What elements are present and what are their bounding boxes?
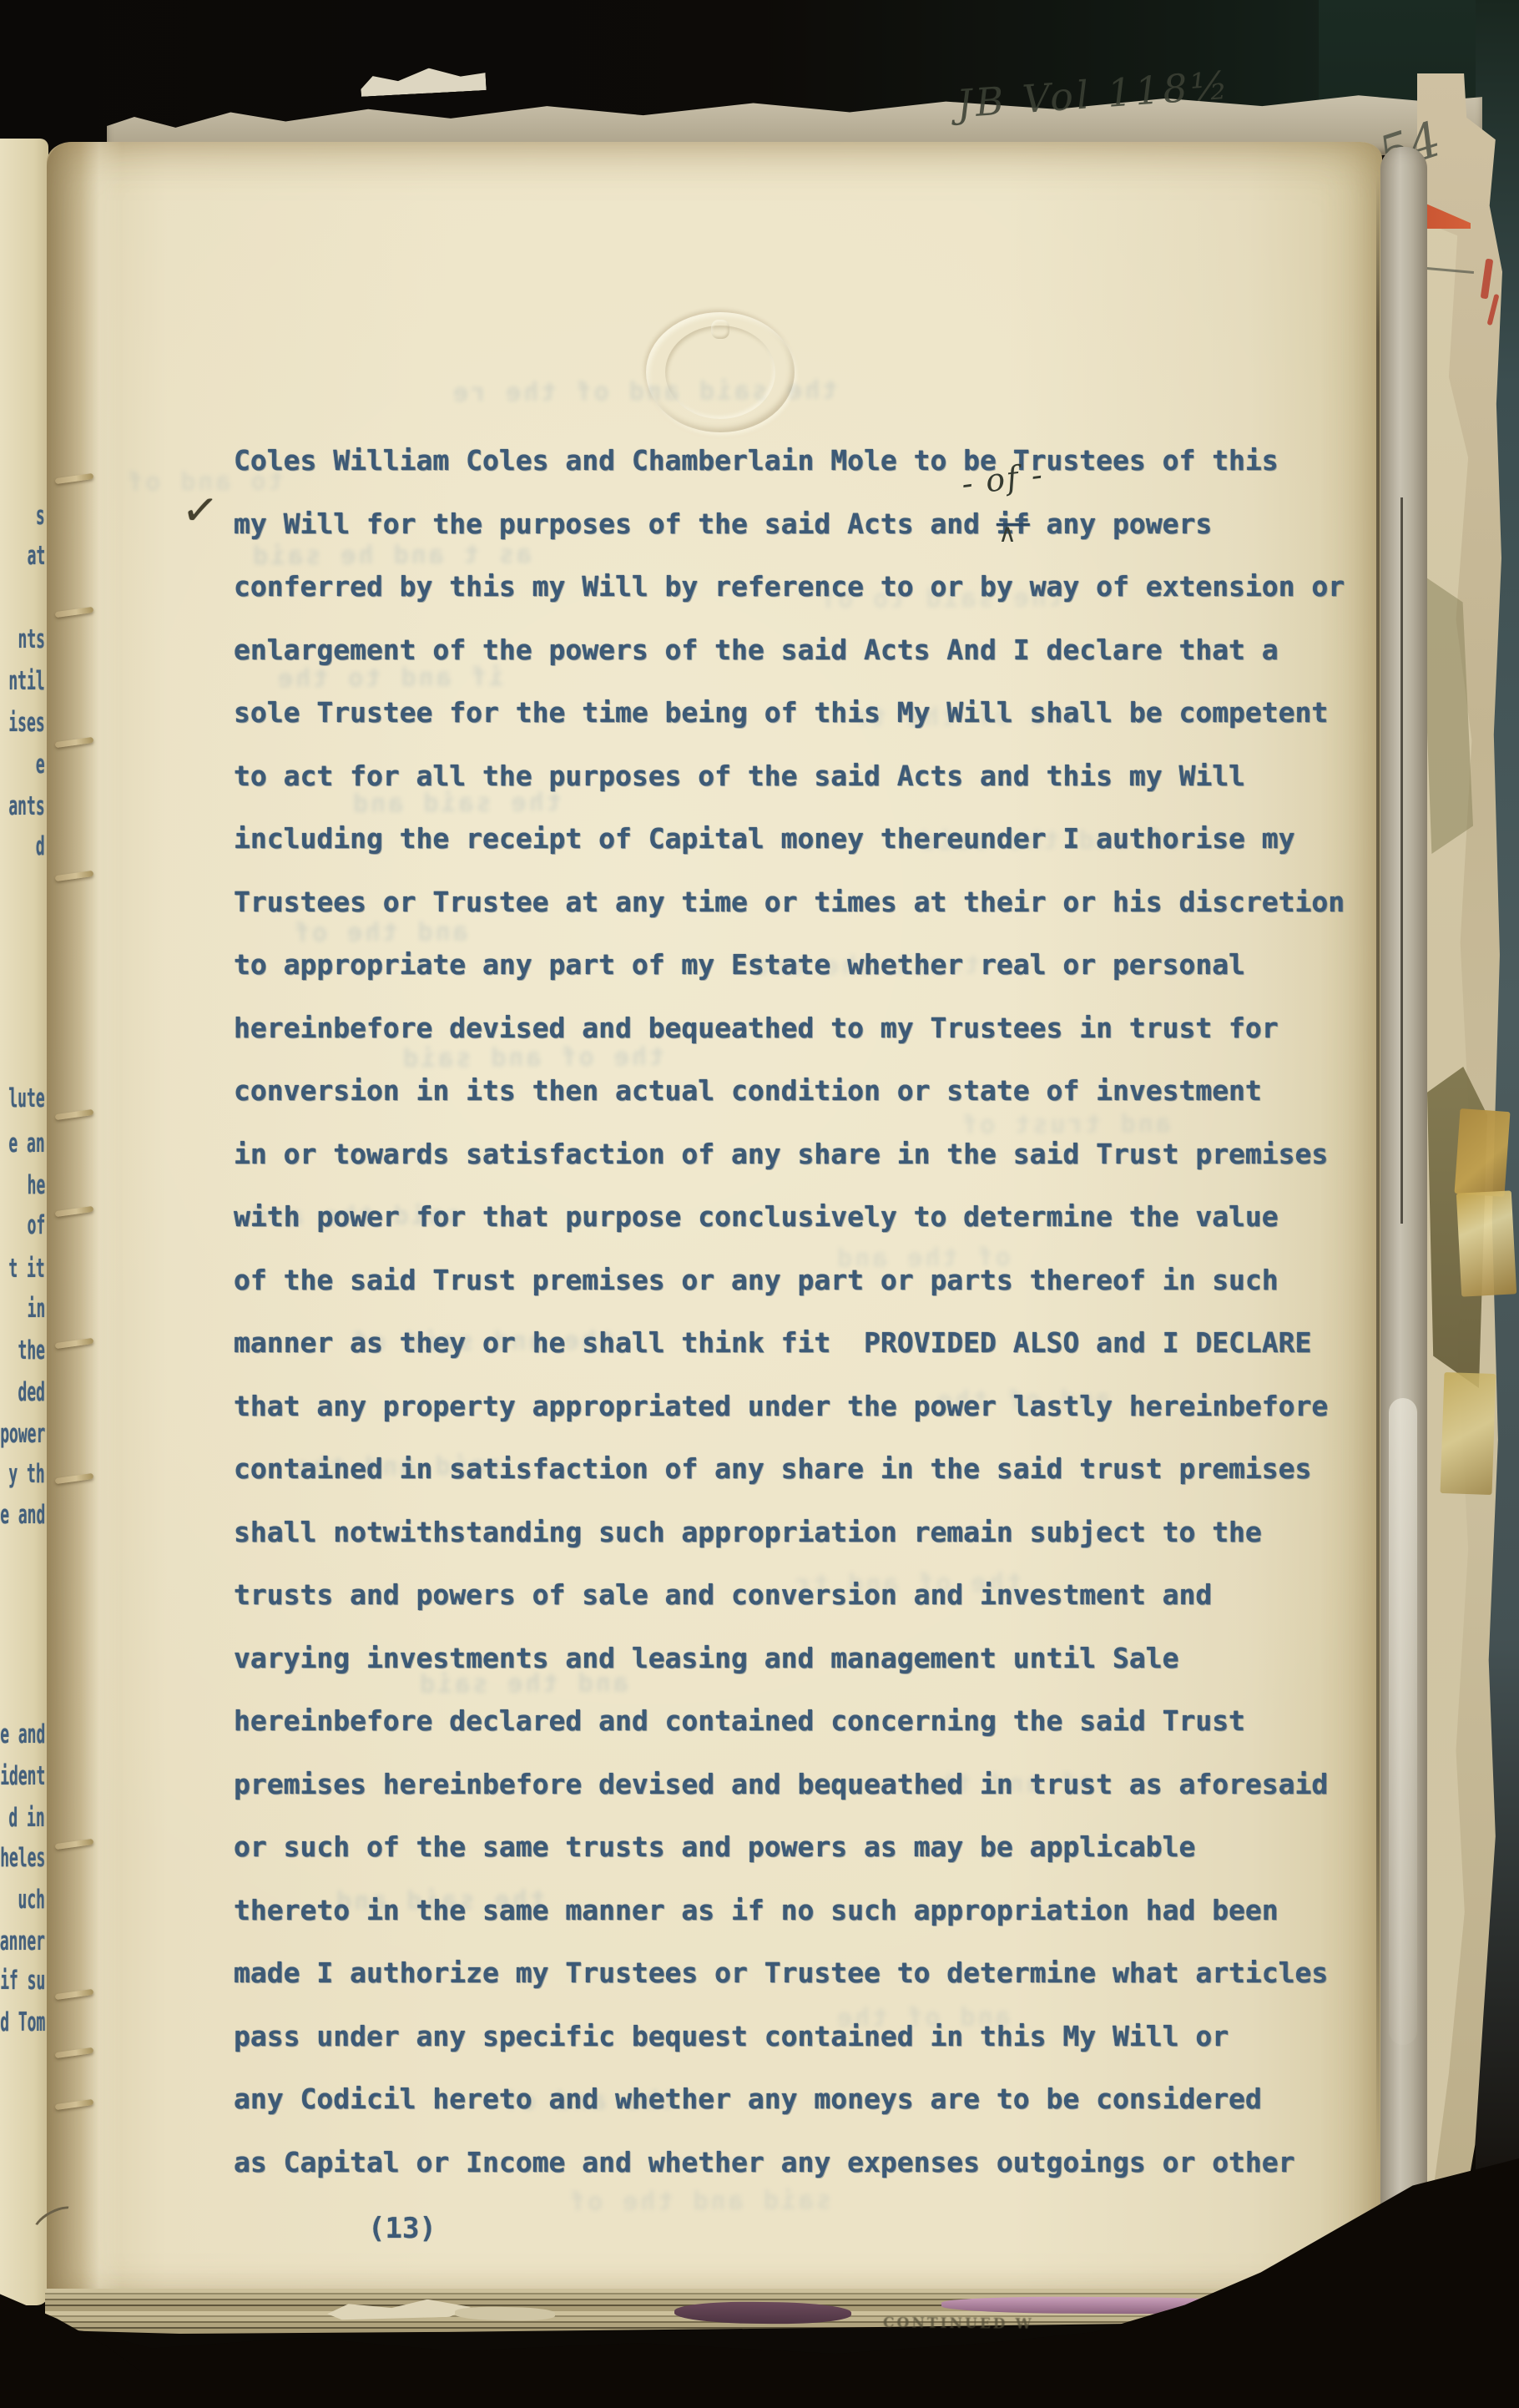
facing-page-fragment: if su bbox=[0, 1966, 45, 1996]
facing-page-fragment: at bbox=[27, 541, 45, 571]
facing-page-fragment: e and bbox=[0, 1500, 45, 1530]
facing-page-fragment: power bbox=[0, 1419, 45, 1449]
gutter-fold-shadow bbox=[47, 142, 122, 2312]
typed-line: premises hereinbefore devised and bequea… bbox=[234, 1768, 1328, 1800]
bleedthrough-smudge: as t and he said bbox=[250, 540, 532, 571]
typed-line: as Capital or Income and whether any exp… bbox=[234, 2146, 1295, 2178]
typed-line: including the receipt of Capital money t… bbox=[234, 822, 1295, 855]
typed-line: to act for all the purposes of the said … bbox=[234, 760, 1245, 792]
binding-strip bbox=[1380, 147, 1427, 2304]
typed-line: thereto in the same manner as if no such… bbox=[234, 1894, 1279, 1926]
facing-page-fragment: d in bbox=[9, 1803, 45, 1833]
facing-page-fragment: e bbox=[36, 750, 45, 780]
typed-line: that any property appropriated under the… bbox=[234, 1390, 1328, 1422]
binding-strip-crease bbox=[1400, 497, 1403, 1224]
typed-line: hereinbefore devised and bequeathed to m… bbox=[234, 1012, 1279, 1044]
typed-line: Coles William Coles and Chamberlain Mole… bbox=[234, 444, 1279, 477]
typed-line: or such of the same trusts and powers as… bbox=[234, 1830, 1195, 1863]
facing-page-fragment: e an bbox=[9, 1128, 45, 1159]
facing-page-fragment: ded bbox=[18, 1377, 45, 1407]
facing-page-fragment: ntil bbox=[9, 666, 45, 696]
typed-line: made I authorize my Trustees or Trustee … bbox=[234, 1956, 1328, 1989]
insertion-caret: ∧ bbox=[998, 519, 1017, 548]
margin-checkmark: ✓ bbox=[179, 484, 221, 538]
facing-page-fragment: in bbox=[27, 1294, 45, 1324]
tape-fragment bbox=[1456, 1190, 1516, 1296]
facing-page-fragment: nts bbox=[18, 624, 45, 654]
bleedthrough-smudge: said and the of bbox=[568, 2186, 831, 2217]
typed-line: sole Trustee for the time being of this … bbox=[234, 696, 1328, 729]
bleedthrough-smudge: and trust of bbox=[960, 1109, 1171, 1140]
facing-page-fragment: heles bbox=[0, 1843, 45, 1873]
bleedthrough-smudge: and the of bbox=[292, 917, 468, 947]
typed-line: shall notwithstanding such appropriation… bbox=[234, 1516, 1262, 1548]
typed-line: varying investments and leasing and mana… bbox=[234, 1642, 1178, 1674]
scanned-will-page: 54 5 JB Vol 118½ satntsntiliseseantsdlut… bbox=[0, 0, 1519, 2408]
facing-page-fragment: lute bbox=[9, 1083, 45, 1113]
facing-page-fragment: of bbox=[27, 1210, 45, 1240]
facing-page-fragment: e and bbox=[0, 1719, 45, 1749]
typed-line: any Codicil hereto and whether any money… bbox=[234, 2082, 1262, 2115]
typed-line: to appropriate any part of my Estate whe… bbox=[234, 948, 1245, 981]
facing-page-fragment: d bbox=[36, 831, 45, 861]
tape-fragment bbox=[1440, 1372, 1496, 1495]
page-edge-crease bbox=[1376, 175, 1380, 2162]
continued-stamp: CONTINUED W bbox=[883, 2315, 1034, 2333]
facing-page-fragment: ises bbox=[9, 708, 45, 738]
typed-line: my Will for the purposes of the said Act… bbox=[234, 507, 1212, 540]
facing-page-fragment: d Tom bbox=[0, 2007, 45, 2037]
bleedthrough-smudge: the of and said bbox=[401, 1042, 664, 1073]
tape-fragment bbox=[1455, 1108, 1511, 1197]
facing-page-fragment: the bbox=[18, 1335, 45, 1366]
facing-page-fragment: he bbox=[27, 1170, 45, 1200]
typed-line: manner as they or he shall think fit PRO… bbox=[234, 1326, 1311, 1359]
typed-line: pass under any specific bequest containe… bbox=[234, 2020, 1229, 2052]
typed-line: Trustees or Trustee at any time or times… bbox=[234, 886, 1345, 918]
typed-line: conferred by this my Will by reference t… bbox=[234, 570, 1345, 603]
facing-page-fragment: ants bbox=[9, 791, 45, 821]
typed-line: with power for that purpose conclusively… bbox=[234, 1200, 1279, 1233]
typed-line: conversion in its then actual condition … bbox=[234, 1074, 1262, 1107]
embossed-seal-crown bbox=[711, 320, 729, 339]
typed-line: contained in satisfaction of any share i… bbox=[234, 1452, 1311, 1485]
facing-page-fragment: ident bbox=[0, 1761, 45, 1791]
embossed-seal bbox=[646, 312, 795, 432]
typed-line: enlargement of the powers of the said Ac… bbox=[234, 634, 1279, 666]
facing-page-fragment: t it bbox=[9, 1254, 45, 1284]
typed-line: of the said Trust premises or any part o… bbox=[234, 1264, 1279, 1296]
facing-page-fragment: s bbox=[36, 501, 45, 531]
typed-line: in or towards satisfaction of any share … bbox=[234, 1138, 1328, 1170]
facing-page-fragment: uch bbox=[18, 1885, 45, 1915]
typed-line: hereinbefore declared and contained conc… bbox=[234, 1704, 1245, 1737]
facing-page-fragment: y th bbox=[9, 1459, 45, 1489]
typed-line: trusts and powers of sale and conversion… bbox=[234, 1578, 1212, 1611]
bleedthrough-smudge: the said and bbox=[351, 788, 562, 819]
page-number: (13) bbox=[368, 2212, 437, 2245]
bleedthrough-smudge: if and to the bbox=[275, 663, 504, 694]
binding-strip-sheen bbox=[1389, 1398, 1417, 2045]
facing-page-strip: satntsntiliseseantsdlutee anheoft itinth… bbox=[0, 139, 48, 2305]
bleedthrough-smudge: the said and of the re bbox=[451, 376, 838, 407]
facing-page-fragment: manner bbox=[0, 1926, 45, 1956]
